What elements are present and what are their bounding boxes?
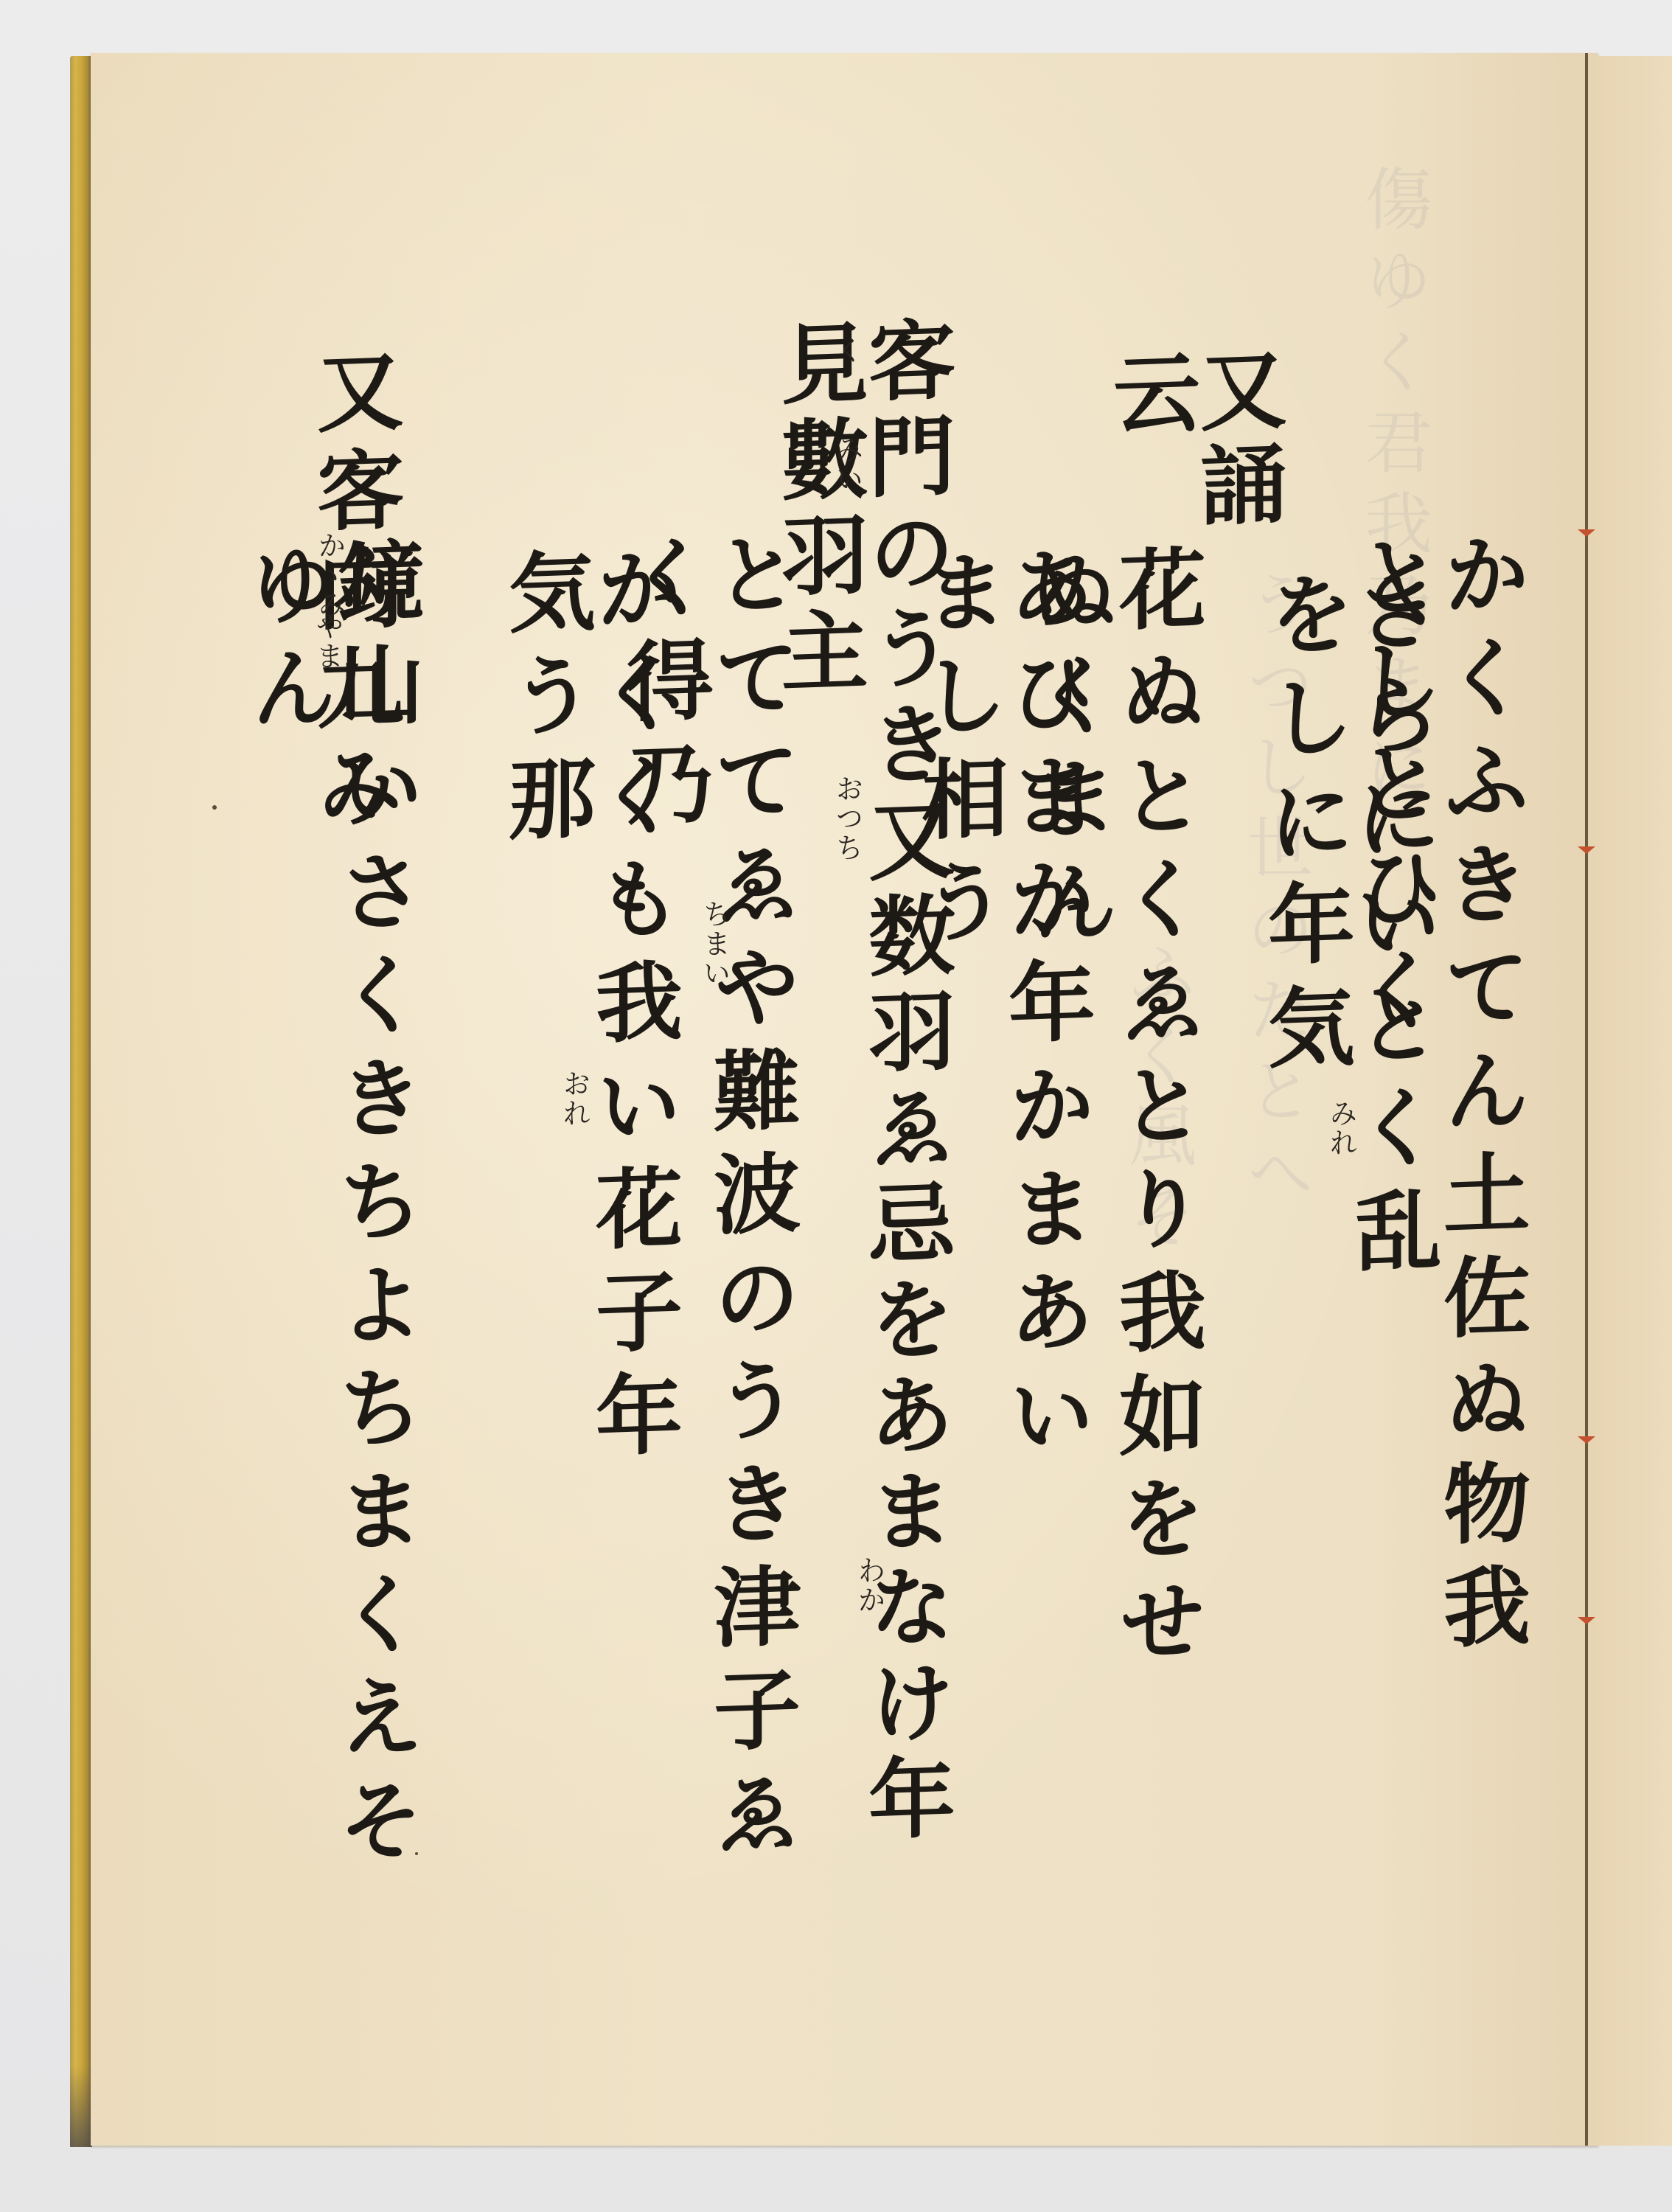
ruby-gloss: かゝみ — [316, 531, 344, 619]
ruby-gloss: く — [833, 335, 861, 365]
text-column-10: 鏡山いさくきちよちまくえそゆん — [243, 535, 417, 1898]
ruby-gloss: おつち — [833, 774, 861, 863]
facing-page-edge — [1588, 56, 1672, 2146]
text-column-8: かくくも我い花子年気う那 — [501, 543, 675, 1566]
ruby-gloss: ちまい — [700, 900, 728, 988]
gold-cover-edge — [70, 56, 92, 2147]
text-column-2: さらにいとく乱をしに年気 — [1261, 565, 1435, 1389]
ruby-gloss: やま — [313, 612, 341, 671]
ruby-gloss: わか — [855, 1556, 883, 1615]
ruby-gloss: みい — [833, 435, 861, 494]
ruby-gloss: おれ — [560, 1069, 588, 1128]
paper-speck — [212, 805, 217, 810]
ruby-gloss: みれ — [1327, 1099, 1355, 1158]
